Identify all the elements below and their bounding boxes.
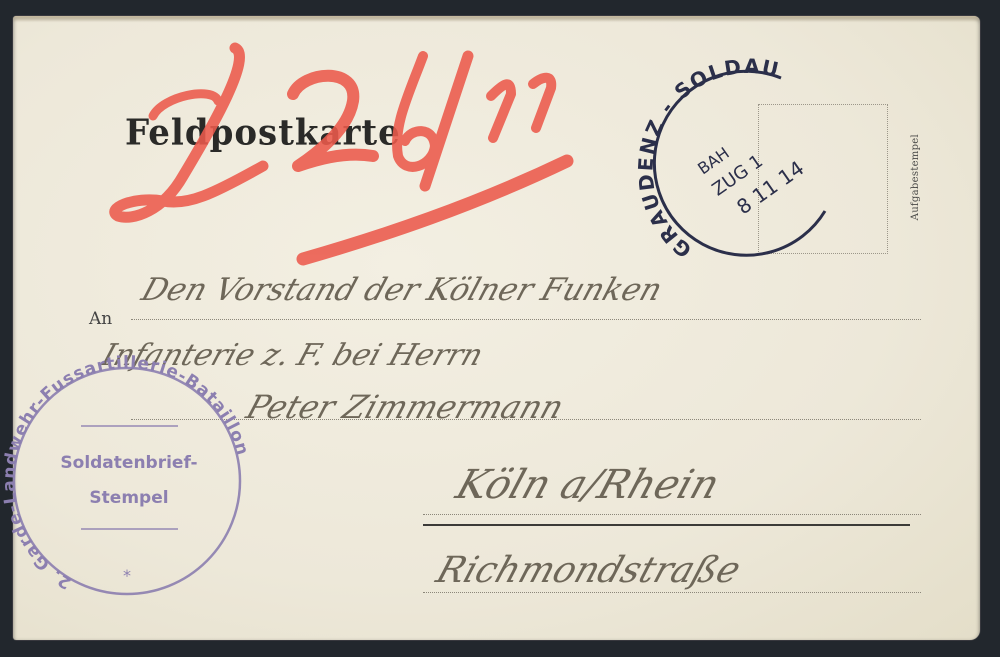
red-crayon-marking: L 26/11 xyxy=(13,16,980,640)
postcard: Feldpostkarte Aufgabestempel An Den Vors… xyxy=(13,16,980,640)
